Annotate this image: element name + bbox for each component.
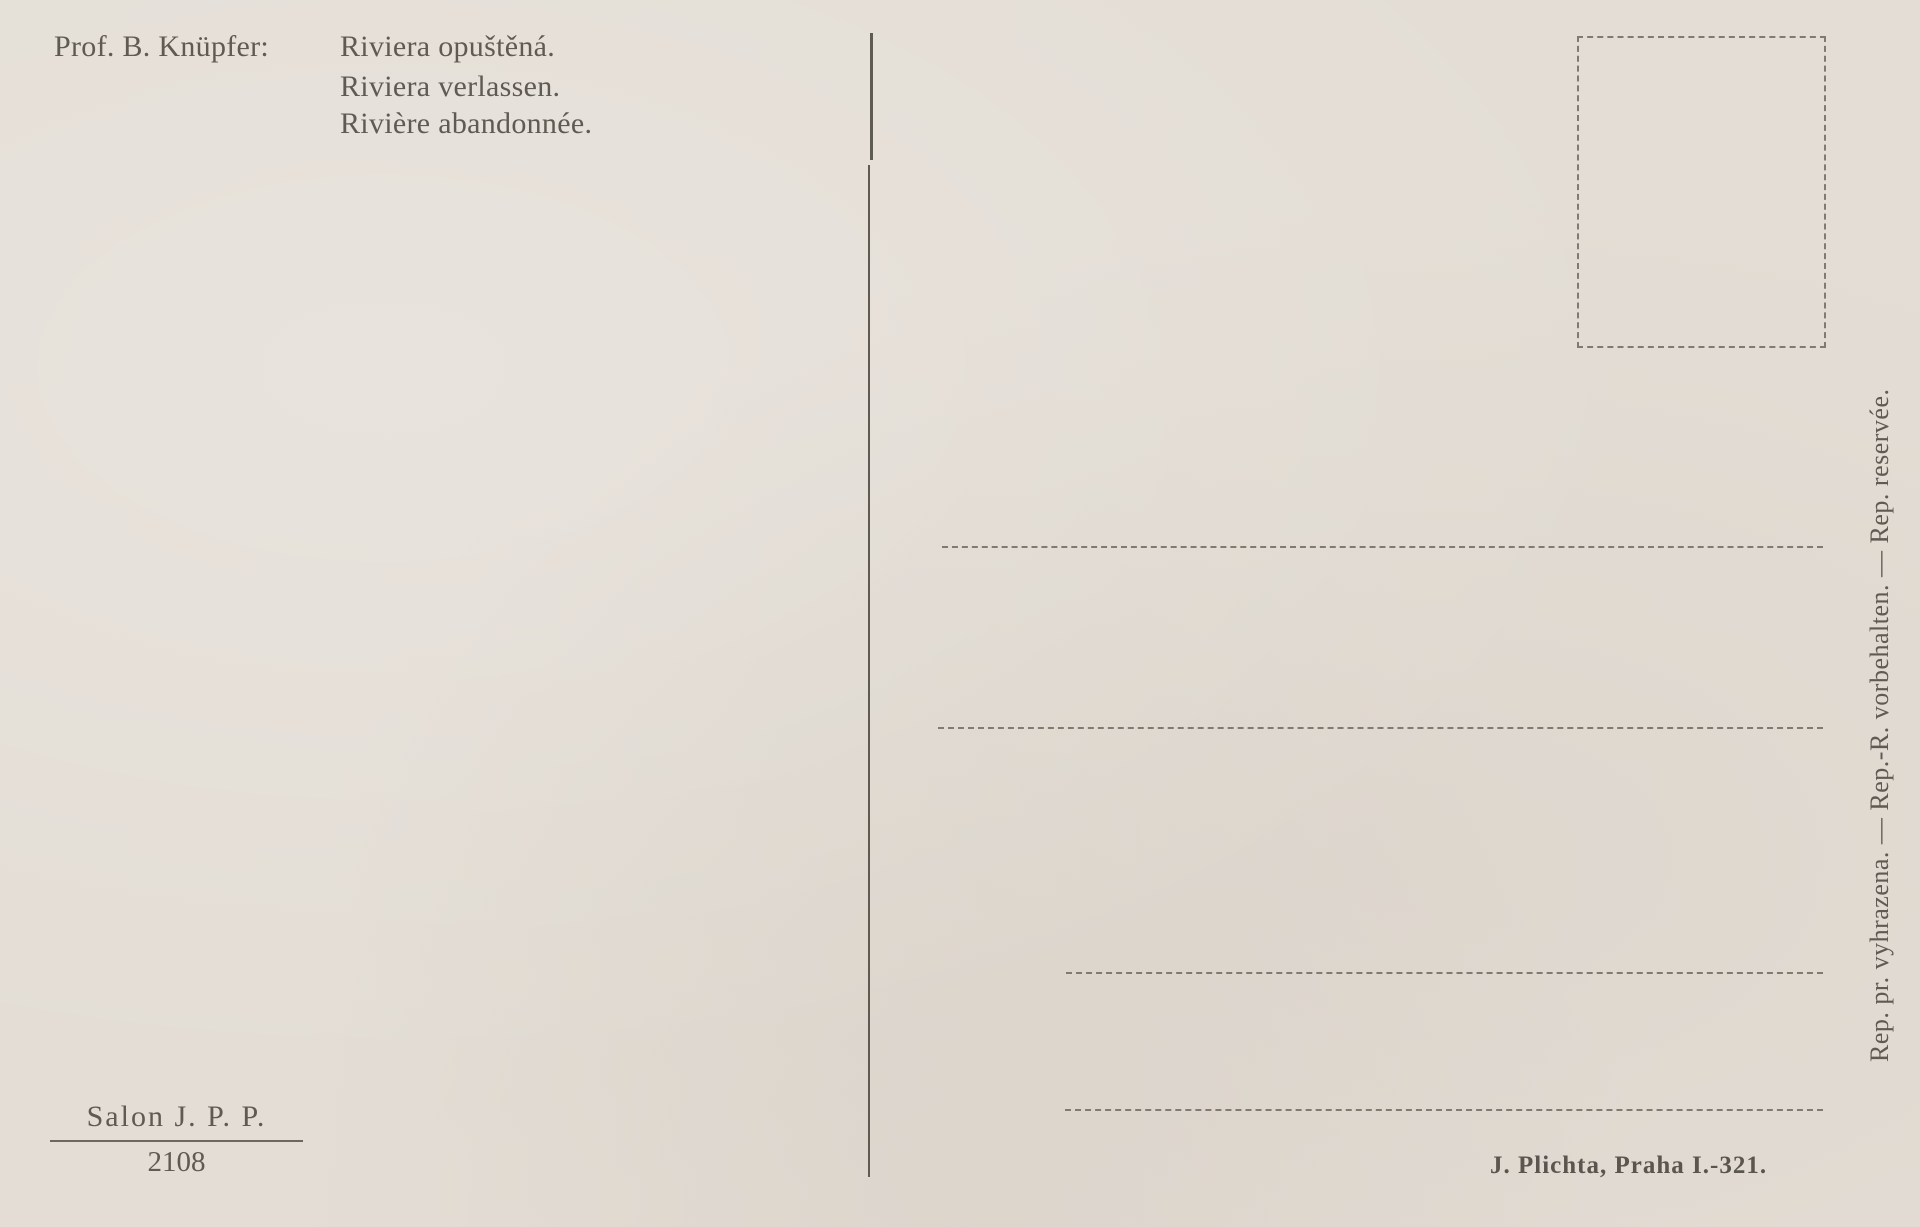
address-line-4 [1065,1109,1823,1111]
title-french: Rivière abandonnée. [340,109,592,139]
rights-notice: Rep. pr. vyhrazena. — Rep.-R. vorbehalte… [1865,388,1895,1062]
address-line-1 [942,546,1823,548]
publisher-imprint: J. Plichta, Praha I.-321. [1490,1152,1767,1180]
salon-name: Salon J. P. P. [50,1100,303,1142]
address-line-3 [1066,972,1823,974]
title-german: Riviera verlassen. [340,72,560,102]
stamp-box [1577,36,1826,348]
salon-number: 2108 [50,1142,303,1179]
salon-imprint: Salon J. P. P. 2108 [50,1100,303,1179]
address-line-2 [938,727,1823,729]
artist-name: Prof. B. Knüpfer: [54,32,269,62]
center-divider [868,165,870,1177]
center-divider-top [870,33,873,160]
title-czech: Riviera opuštěná. [340,32,555,62]
